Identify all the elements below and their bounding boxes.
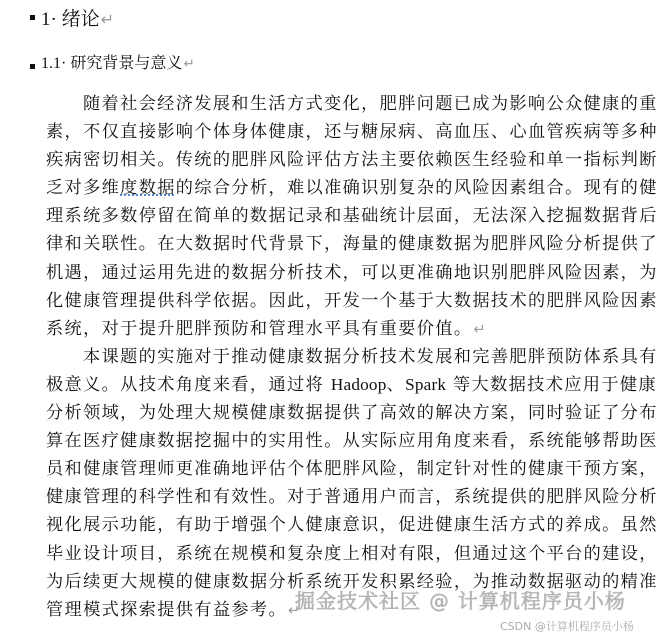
csdn-watermark: CSDN @计算机程序员小杨 <box>500 618 634 634</box>
paragraph-1-line: 随着社会经济发展和生活方式变化，肥胖问题已成为影响公众健康的重要因 <box>46 90 626 118</box>
list-bullet-icon <box>30 15 35 20</box>
paragraph-mark-icon: ↵ <box>473 321 487 338</box>
heading-number-dot: · <box>61 55 70 72</box>
paragraph-1-line: 律和关联性。在大数据时代背景下，海量的健康数据为肥胖风险分析提供了新的 <box>46 230 626 258</box>
paragraph-2-line: 员和健康管理师更准确地评估个体肥胖风险，制定针对性的健康干预方案，提高 <box>46 455 626 483</box>
latin-term-hadoop: Hadoop <box>331 375 387 394</box>
juejin-watermark: 掘金技术社区 @ 计算机程序员小杨 <box>295 585 626 614</box>
paragraph-2-line: 极意义。从技术角度来看，通过将 Hadoop、Spark 等大数据技术应用于健康… <box>46 371 626 399</box>
paragraph-mark-icon: ↵ <box>183 56 194 72</box>
paragraph-mark-icon: ↵ <box>101 10 115 29</box>
heading-2[interactable]: 1.1· 研究背景与意义↵ <box>30 51 195 76</box>
paragraph-1-line: 化健康管理提供科学依据。因此，开发一个基于大数据技术的肥胖风险因素分析 <box>46 287 626 315</box>
paragraph-2-last-text: 管理模式探索提供有益参考。 <box>46 600 287 620</box>
latin-term-spark: Spark <box>405 375 446 394</box>
paragraph-1-line: 疾病密切相关。传统的肥胖风险评估方法主要依赖医生经验和单一指标判断，缺 <box>46 146 626 174</box>
paragraph-1-line: 理系统多数停留在简单的数据记录和基础统计层面，无法深入挖掘数据背后的规 <box>46 202 626 230</box>
paragraph-2-line: 视化展示功能，有助于增强个人健康意识，促进健康生活方式的养成。虽然作为 <box>46 511 626 539</box>
heading-2-number: 1.1 <box>41 55 61 72</box>
paragraph-2-text: 极意义。从技术角度来看，通过将 <box>46 375 324 395</box>
separator: 、 <box>387 375 406 395</box>
paragraph-1-last-text: 系统，对于提升肥胖预防和管理水平具有重要价值。 <box>46 319 472 339</box>
paragraph-2-line: 分析领域，为处理大规模健康数据提供了高效的解决方案，同时验证了分布式计 <box>46 399 626 427</box>
paragraph-2-text: 等大数据技术应用于健康数据 <box>453 375 656 395</box>
paragraph-2-line: 本课题的实施对于推动健康数据分析技术发展和完善肥胖预防体系具有积 <box>46 343 626 371</box>
heading-1[interactable]: 1· 绪论↵ <box>30 6 114 33</box>
list-bullet-icon <box>30 64 35 69</box>
paragraph-1-line: 系统，对于提升肥胖预防和管理水平具有重要价值。↵ <box>46 315 626 343</box>
paragraph-2-line: 健康管理的科学性和有效性。对于普通用户而言，系统提供的肥胖风险分析和可 <box>46 483 626 511</box>
body-text[interactable]: 随着社会经济发展和生活方式变化，肥胖问题已成为影响公众健康的重要因 素，不仅直接… <box>46 90 626 624</box>
paragraph-1-line: 机遇，通过运用先进的数据分析技术，可以更准确地识别肥胖风险因素，为个性 <box>46 259 626 287</box>
heading-number-dot: · <box>51 9 62 30</box>
spellcheck-underlined-word[interactable]: 度数据 <box>120 178 176 198</box>
paragraph-1-line: 素，不仅直接影响个体身体健康，还与糖尿病、高血压、心血管疾病等多种慢性 <box>46 118 626 146</box>
paragraph-2-line: 毕业设计项目，系统在规模和复杂度上相对有限，但通过这个平台的建设，可以 <box>46 540 626 568</box>
paragraph-1-line: 乏对多维度数据的综合分析，难以准确识别复杂的风险因素组合。现有的健康管 <box>46 174 626 202</box>
heading-1-number: 1 <box>41 9 51 30</box>
heading-2-title: 研究背景与意义 <box>70 53 182 72</box>
document-page: 1· 绪论↵ 1.1· 研究背景与意义↵ 随着社会经济发展和生活方式变化，肥胖问… <box>0 0 656 640</box>
heading-1-title: 绪论 <box>62 8 100 30</box>
spellcheck-text: 乏对多维度数据的综合分析，难以准确识别复杂的风险因素组合。现有的健康管 <box>46 178 656 198</box>
paragraph-2-line: 算在医疗健康数据挖掘中的实用性。从实际应用角度来看，系统能够帮助医护人 <box>46 427 626 455</box>
